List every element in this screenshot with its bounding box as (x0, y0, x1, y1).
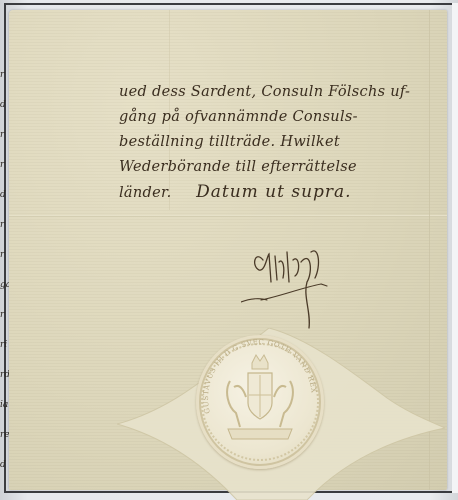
letter-body: ued dess Sardent, Consuln Fölschs uf- gå… (119, 80, 439, 206)
letter-closing: länder. Datum ut supra. (119, 180, 439, 206)
royal-signature: Gustaf (241, 242, 351, 332)
letter-line: gång på ofvannämnde Consuls- (119, 105, 439, 130)
coat-of-arms-icon (218, 351, 302, 451)
embossed-seal: GUSTAVUS III D G SVEC GOTH VAND REX (196, 335, 324, 469)
closing-latin: Datum ut supra. (196, 182, 351, 202)
letter-line: beställning tillträde. Hwilket (119, 130, 439, 155)
letter-line: ued dess Sardent, Consuln Fölschs uf- (119, 80, 439, 105)
archival-mount: r d r r d r r ga r ri rd ia re d ued des… (0, 0, 458, 500)
letter-line: länder. (119, 185, 172, 201)
letter-line: Wederbörande till efterrättelse (119, 155, 439, 180)
frame-border-top (6, 3, 452, 5)
frame-border-right (452, 3, 458, 493)
paper-fold-horizontal (9, 215, 447, 217)
